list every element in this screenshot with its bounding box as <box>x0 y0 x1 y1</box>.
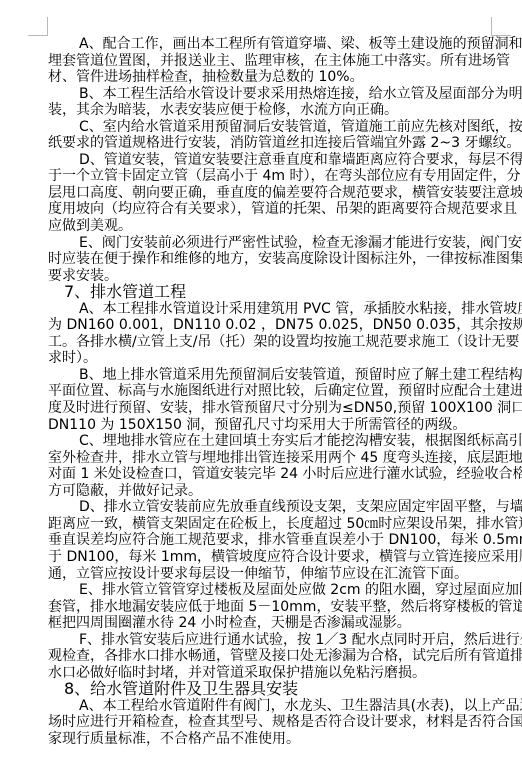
document-page: A、配合工作，画出本工程所有管道穿墙、梁、板等土建设施的预留洞和预埋套管道位置图… <box>48 36 489 748</box>
text-line: 应做到美观。 <box>48 218 489 235</box>
text-line: 家现行质量标准，不合格产品不准使用。 <box>48 731 489 748</box>
text-line: 套管，排水地漏安装应低于地面 5－10mm，安装平整，然后将穿楼板的管道边 <box>48 599 489 616</box>
text-line: DN110 为 150X150 洞，预留孔尺寸均采用大于所需管径的两级。 <box>48 417 489 434</box>
section-heading: 8、给水管道附件及卫生器具安装 <box>48 681 489 698</box>
text-line: B、地上排水管道采用先预留洞后安装管道，预留时应了解土建工程结构， <box>48 367 489 384</box>
text-line: B、本工程生活给水管设计要求采用热熔连接，给水立管及屋面部分为明 <box>48 86 489 103</box>
text-line: C、室内给水管道采用预留洞后安装管道，管道施工前应先核对图纸，按图 <box>48 119 489 136</box>
text-line: E、排水管立管管穿过楼板及屋面处应做 2cm 的阻水圈，穿过屋面应加防水 <box>48 582 489 599</box>
text-line: F、排水管安装后应进行通水试验，按 1／3 配水点同时开启，然后进行外 <box>48 632 489 649</box>
crop-mark-top-left-horizontal <box>28 35 48 36</box>
text-line: A、配合工作，画出本工程所有管道穿墙、梁、板等土建设施的预留洞和预 <box>48 36 489 53</box>
text-line: 为 DN160 0.001，DN110 0.02 ，DN75 0.025，DN5… <box>48 317 489 334</box>
crop-mark-top-right-vertical <box>491 17 492 36</box>
text-line: 度及时进行预留、安装，排水管预留尺寸分别为≤DN50,预留 100X100 洞口… <box>48 400 489 417</box>
text-line: 求时）。 <box>48 350 489 367</box>
text-line: 方可隐蔽，并做好记录。 <box>48 483 489 500</box>
text-line: 距离应一致，横管支架固定在砼板上，长度超过 50㎝时应架设吊架，排水管道 <box>48 516 489 533</box>
text-line: 框把四周围圈灌水待 24 小时检查，天棚是否渗漏或湿影。 <box>48 615 489 632</box>
text-line: 于 DN100，每米 1mm，横管坡度应符合设计要求，横管与立管连接应采用顺水三 <box>48 549 489 566</box>
text-line: 装，其余为暗装，水表安装应便于检修，水流方向正确。 <box>48 102 489 119</box>
text-line: C、埋地排水管应在土建回填土夯实后才能挖沟槽安装，根据图纸标高引至 <box>48 433 489 450</box>
text-line: 纸要求的管道规格进行安装，消防管道丝扣连接后管端宜外露 2~3 牙螺纹。 <box>48 135 489 152</box>
text-line: 于一个立管卡固定立管（层高小于 4m 时），在弯头部位应有专用固定件，分 <box>48 168 489 185</box>
text-line: E、阀门安装前必须进行严密性试验，检查无渗漏才能进行安装，阀门安装 <box>48 235 489 252</box>
text-line: A、本工程给水管道附件有阀门，水龙头、卫生器洁具(水表)，以上产品进 <box>48 698 489 715</box>
text-line: 垂直误差均应符合施工规范要求，排水管垂直误差小于 DN100，每米 0.5mm，… <box>48 532 489 549</box>
text-line: 埋套管道位置图，并报送业主、监理审核，在主体施工中落实。所有进场管 <box>48 53 489 70</box>
text-line: 材、管件进场抽样检查，抽检数量为总数的 10%。 <box>48 69 489 86</box>
section-heading: 7、排水管道工程 <box>48 284 489 301</box>
text-line: 工。各排水横/立管上支/吊（托）架的设置均按施工规范要求施工（设计无要 <box>48 334 489 351</box>
text-line: D、排水立管安装前应先放垂直线预设支架，支架应固定牢固平整，与墙面 <box>48 499 489 516</box>
text-line: 场时应进行开箱检查，检查其型号、规格是否符合设计要求，材料是否符合国 <box>48 714 489 731</box>
text-line: 室外检查井，排水立管与埋地排出管连接采用两个 45 度弯头连接，底层距地面 <box>48 450 489 467</box>
text-line: 平面位置、标高与水施图纸进行对照比较，后确定位置，预留时应配合土建进 <box>48 383 489 400</box>
text-line: 观检查，各排水口排水畅通，管壁及接口处无渗漏为合格，试完后所有管道排 <box>48 648 489 665</box>
text-line: 通，立管应按设计要求每层设一伸缩节，伸缩节应设在汇流管下面。 <box>48 566 489 583</box>
crop-mark-top-left-vertical <box>47 17 48 36</box>
text-line: 度用坡向（均应符合有关要求），管道的托架、吊架的距离要符合规范要求且 <box>48 201 489 218</box>
text-line: 对面 1 米处设检查口，管道安装完毕 24 小时后应进行灌水试验，经验收合格后 <box>48 466 489 483</box>
text-line: A、本工程排水管道设计采用建筑用 PVC 管，承插胶水粘接，排水管坡度 <box>48 301 489 318</box>
text-line: 时应装在便于操作和维修的地方，安装高度除设计图标注外，一律按标准图集 <box>48 251 489 268</box>
text-line: D、管道安装，管道安装要注意垂直度和靠墙距离应符合要求，每层不得少 <box>48 152 489 169</box>
text-line: 层甩口高度、朝向要正确，垂直度的偏差要符合规范要求，横管安装要注意坡 <box>48 185 489 202</box>
